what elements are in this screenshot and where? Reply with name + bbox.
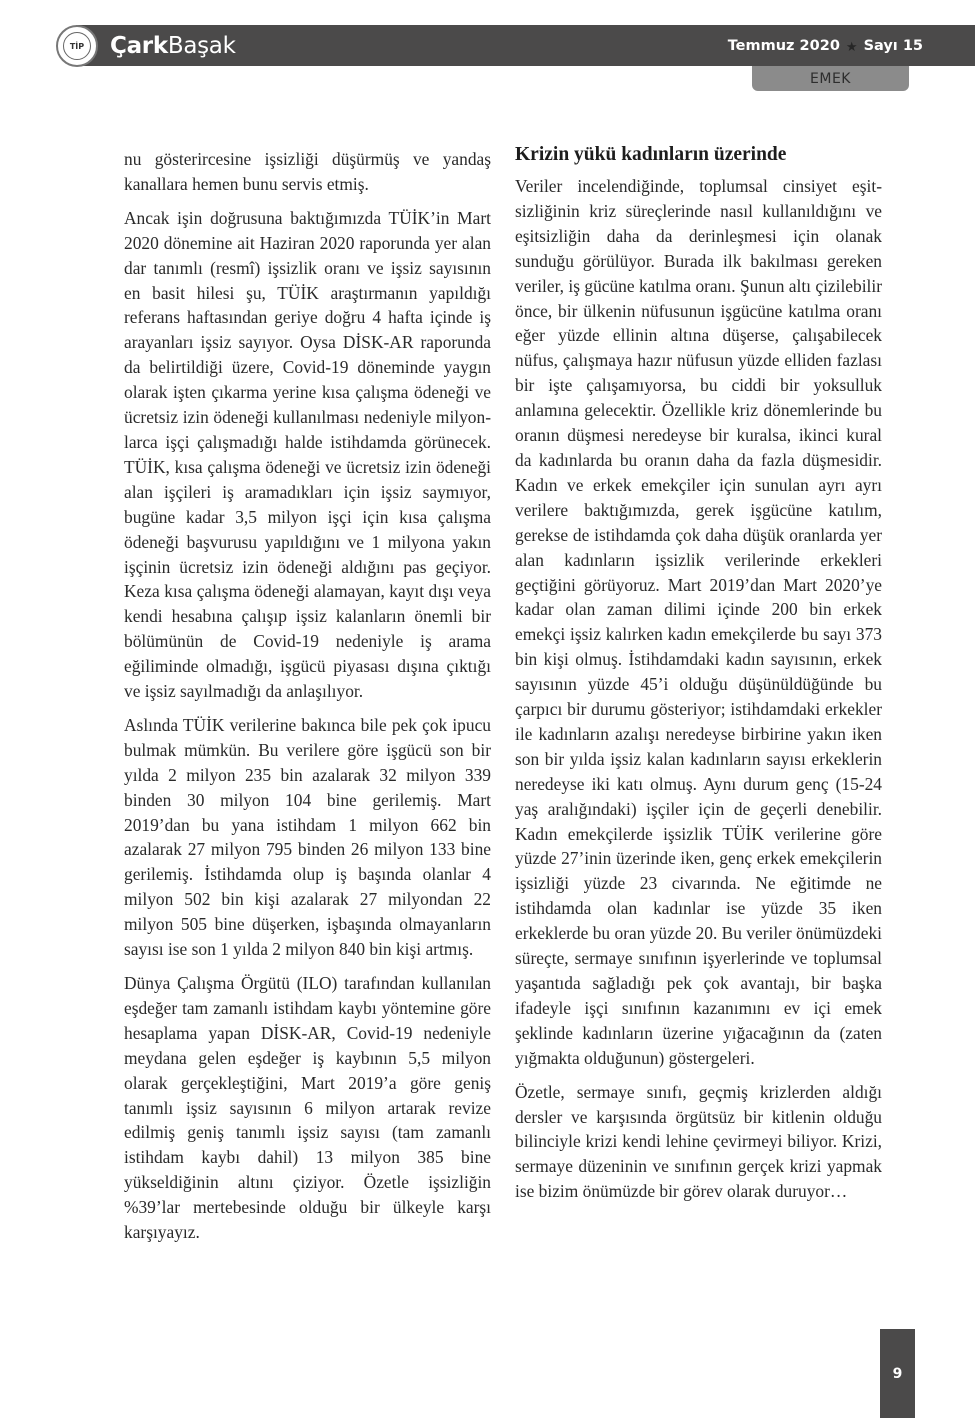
section-heading: Krizin yükü kadınların üzerinde (515, 143, 882, 167)
tip-logo-icon: TİP (56, 25, 98, 67)
issue-number: Sayı 15 (864, 38, 923, 54)
paragraph: Veriler incelendiğinde, toplumsal cinsiy… (515, 174, 882, 1071)
paragraph: Aslında TÜİK verilerine bakınca bile pek… (124, 713, 491, 962)
paragraph: nu gösterircesine işsizliği düşürmüş ve … (124, 147, 491, 197)
left-column: nu gösterircesine işsizliği düşürmüş ve … (124, 147, 491, 1254)
issue-info: Temmuz 2020 ★ Sayı 15 (728, 28, 923, 64)
page-number: 9 (880, 1329, 915, 1418)
right-column: Krizin yükü kadınların üzerinde Veriler … (515, 143, 882, 1213)
magazine-title: ÇarkBaşak (110, 28, 236, 64)
paragraph: Dünya Çalışma Örgütü (ILO) tarafından ku… (124, 971, 491, 1245)
brand-bold: Çark (110, 33, 168, 59)
logo-label: TİP (63, 32, 91, 60)
section-label: EMEK (752, 66, 909, 91)
brand-light: Başak (168, 33, 236, 59)
star-icon: ★ (846, 40, 858, 55)
paragraph: Ancak işin doğrusuna baktığımızda TÜİK’i… (124, 206, 491, 704)
issue-date: Temmuz 2020 (728, 38, 840, 54)
paragraph: Özetle, sermaye sınıfı, geçmiş krizlerde… (515, 1080, 882, 1205)
